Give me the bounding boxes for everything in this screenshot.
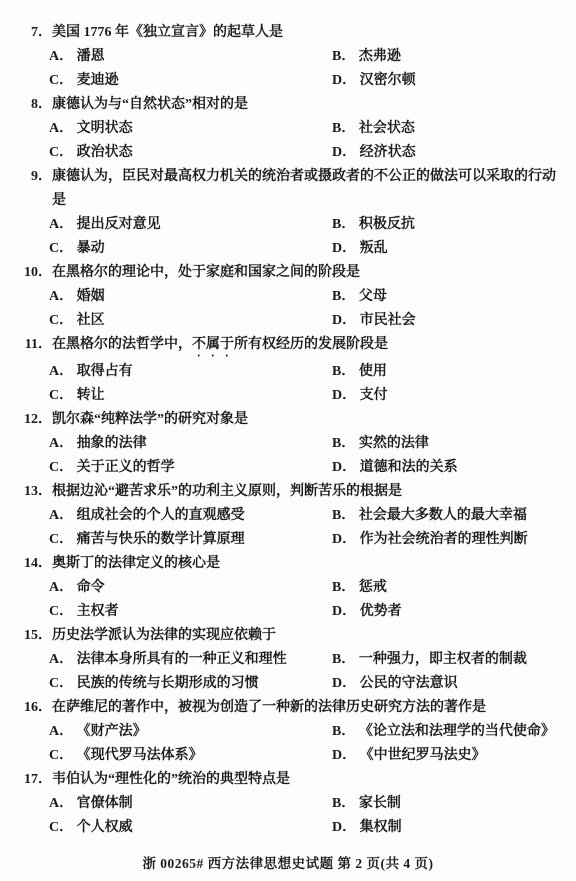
- answer-option: A． 取得占有: [49, 360, 332, 384]
- option-text: 优势者: [360, 604, 402, 619]
- question-number: 14．: [0, 552, 52, 576]
- answer-option: B． 使用: [332, 360, 576, 384]
- answer-option: B． 父母: [332, 285, 576, 309]
- option-label: C．: [49, 73, 73, 88]
- option-label: B．: [332, 436, 355, 451]
- question-stem: 凯尔森“纯粹法学”的研究对象是: [52, 408, 576, 432]
- answer-option: C． 主权者: [49, 600, 332, 624]
- option-text: 汉密尔顿: [360, 73, 416, 88]
- answer-option: D． 叛乱: [332, 237, 576, 261]
- question-number: 11．: [0, 333, 52, 360]
- option-text: 组成社会的个人的直观感受: [77, 508, 245, 523]
- option-text: 法律本身所具有的一种正义和理性: [77, 652, 287, 667]
- option-text: 家长制: [359, 796, 401, 811]
- answer-option: B． 惩戒: [332, 576, 576, 600]
- option-label: B．: [332, 289, 355, 304]
- option-label: D．: [332, 604, 356, 619]
- option-text: 抽象的法律: [77, 436, 147, 451]
- answer-option: D． 作为社会统治者的理性判断: [332, 528, 576, 552]
- question-stem: 在黑格尔的法哲学中，不属于所有权经历的发展阶段是: [52, 333, 576, 360]
- answer-option: D． 公民的守法意识: [332, 672, 576, 696]
- option-label: B．: [332, 724, 355, 739]
- options-grid: A． 潘恩 B． 杰弗逊 C． 麦迪逊 D． 汉密尔顿: [0, 45, 576, 93]
- option-text: 使用: [359, 364, 387, 379]
- option-label: D．: [332, 676, 356, 691]
- option-text: 文明状态: [77, 121, 133, 136]
- option-label: C．: [49, 676, 73, 691]
- answer-option: D． 市民社会: [332, 309, 576, 333]
- option-text: 一种强力，即主权者的制裁: [359, 652, 527, 667]
- options-grid: A． 抽象的法律 B． 实然的法律 C． 关于正义的哲学 D． 道德和法的关系: [0, 432, 576, 480]
- answer-option: B． 社会最大多数人的最大幸福: [332, 504, 576, 528]
- option-label: C．: [49, 748, 73, 763]
- question-stem-line: 9． 康德认为，臣民对最高权力机关的统治者或摄政者的不公正的做法可以采取的行动: [0, 165, 576, 189]
- question-item: 7． 美国 1776 年《独立宣言》的起草人是 A． 潘恩 B． 杰弗逊 C． …: [0, 21, 576, 93]
- question-number: 10．: [0, 261, 52, 285]
- page-footer: 浙 00265# 西方法律思想史试题 第 2 页(共 4 页): [0, 853, 576, 875]
- answer-option: A． 文明状态: [49, 117, 332, 141]
- answer-option: C． 社区: [49, 309, 332, 333]
- option-text: 社区: [77, 313, 105, 328]
- option-label: C．: [49, 145, 73, 160]
- option-label: D．: [332, 73, 356, 88]
- answer-option: B． 实然的法律: [332, 432, 576, 456]
- option-label: A．: [49, 364, 73, 379]
- question-item: 11． 在黑格尔的法哲学中，不属于所有权经历的发展阶段是 A． 取得占有 B． …: [0, 333, 576, 408]
- option-text: 取得占有: [77, 364, 133, 379]
- option-label: D．: [332, 532, 356, 547]
- option-text: 官僚体制: [77, 796, 133, 811]
- answer-option: C． 《现代罗马法体系》: [49, 744, 332, 768]
- answer-option: B． 杰弗逊: [332, 45, 576, 69]
- answer-option: D． 《中世纪罗马法史》: [332, 744, 576, 768]
- answer-option: C． 暴动: [49, 237, 332, 261]
- answer-option: A． 法律本身所具有的一种正义和理性: [49, 648, 332, 672]
- option-text: 政治状态: [77, 145, 133, 160]
- answer-option: D． 优势者: [332, 600, 576, 624]
- option-label: A．: [49, 580, 73, 595]
- option-label: A．: [49, 724, 73, 739]
- option-text: 积极反抗: [359, 217, 415, 232]
- question-number: 9．: [0, 165, 52, 189]
- question-item: 14． 奥斯丁的法律定义的核心是 A． 命令 B． 惩戒 C． 主权者 D． 优…: [0, 552, 576, 624]
- answer-option: A． 潘恩: [49, 45, 332, 69]
- answer-option: B． 积极反抗: [332, 213, 576, 237]
- answer-option: A． 《财产法》: [49, 720, 332, 744]
- option-label: A．: [49, 121, 73, 136]
- option-text: 叛乱: [360, 241, 388, 256]
- question-stem: 康德认为，臣民对最高权力机关的统治者或摄政者的不公正的做法可以采取的行动: [52, 165, 576, 189]
- options-grid: A． 《财产法》 B． 《论立法和法理学的当代使命》 C． 《现代罗马法体系》 …: [0, 720, 576, 768]
- option-label: B．: [332, 217, 355, 232]
- answer-option: C． 民族的传统与长期形成的习惯: [49, 672, 332, 696]
- option-text: 《中世纪罗马法史》: [360, 748, 486, 763]
- question-number: 13．: [0, 480, 52, 504]
- emphasized-text: 不属于: [192, 337, 234, 352]
- option-text: 主权者: [77, 604, 119, 619]
- answer-option: D． 道德和法的关系: [332, 456, 576, 480]
- option-text: 惩戒: [359, 580, 387, 595]
- option-label: A．: [49, 217, 73, 232]
- question-stem-continuation: 是: [0, 189, 576, 213]
- options-grid: A． 婚姻 B． 父母 C． 社区 D． 市民社会: [0, 285, 576, 333]
- option-label: A．: [49, 796, 73, 811]
- answer-option: D． 集权制: [332, 816, 576, 840]
- question-stem-line: 15． 历史法学派认为法律的实现应依赖于: [0, 624, 576, 648]
- option-label: C．: [49, 820, 73, 835]
- answer-option: B． 一种强力，即主权者的制裁: [332, 648, 576, 672]
- option-label: D．: [332, 313, 356, 328]
- option-label: C．: [49, 241, 73, 256]
- option-label: C．: [49, 532, 73, 547]
- answer-option: A． 提出反对意见: [49, 213, 332, 237]
- question-number: 7．: [0, 21, 52, 45]
- option-label: B．: [332, 580, 355, 595]
- option-label: B．: [332, 364, 355, 379]
- options-grid: A． 取得占有 B． 使用 C． 转让 D． 支付: [0, 360, 576, 408]
- option-label: D．: [332, 145, 356, 160]
- question-stem-line: 11． 在黑格尔的法哲学中，不属于所有权经历的发展阶段是: [0, 333, 576, 360]
- answer-option: D． 支付: [332, 384, 576, 408]
- option-text: 作为社会统治者的理性判断: [360, 532, 528, 547]
- option-label: C．: [49, 460, 73, 475]
- question-number: 16．: [0, 696, 52, 720]
- option-label: B．: [332, 508, 355, 523]
- option-text: 转让: [77, 388, 105, 403]
- question-stem: 根据边沁“避苦求乐”的功利主义原则，判断苦乐的根据是: [52, 480, 576, 504]
- question-list: 7． 美国 1776 年《独立宣言》的起草人是 A． 潘恩 B． 杰弗逊 C． …: [0, 21, 576, 840]
- answer-option: C． 政治状态: [49, 141, 332, 165]
- option-text: 麦迪逊: [77, 73, 119, 88]
- question-stem-line: 12． 凯尔森“纯粹法学”的研究对象是: [0, 408, 576, 432]
- option-label: D．: [332, 241, 356, 256]
- answer-option: C． 麦迪逊: [49, 69, 332, 93]
- option-text: 社会最大多数人的最大幸福: [359, 508, 527, 523]
- answer-option: B． 《论立法和法理学的当代使命》: [332, 720, 576, 744]
- option-label: D．: [332, 460, 356, 475]
- option-text: 道德和法的关系: [360, 460, 458, 475]
- option-text: 潘恩: [77, 49, 105, 64]
- question-item: 15． 历史法学派认为法律的实现应依赖于 A． 法律本身所具有的一种正义和理性 …: [0, 624, 576, 696]
- option-label: C．: [49, 604, 73, 619]
- option-label: D．: [332, 748, 356, 763]
- question-stem: 美国 1776 年《独立宣言》的起草人是: [52, 21, 576, 45]
- option-label: A．: [49, 508, 73, 523]
- answer-option: C． 痛苦与快乐的数学计算原理: [49, 528, 332, 552]
- stem-text: 所有权经历的发展阶段是: [234, 337, 388, 352]
- question-stem: 历史法学派认为法律的实现应依赖于: [52, 624, 576, 648]
- question-stem-line: 16． 在萨维尼的著作中，被视为创造了一种新的法律历史研究方法的著作是: [0, 696, 576, 720]
- question-item: 12． 凯尔森“纯粹法学”的研究对象是 A． 抽象的法律 B． 实然的法律 C．…: [0, 408, 576, 480]
- question-item: 17． 韦伯认为“理性化的”统治的典型特点是 A． 官僚体制 B． 家长制 C．…: [0, 768, 576, 840]
- option-text: 支付: [360, 388, 388, 403]
- question-number: 12．: [0, 408, 52, 432]
- option-text: 关于正义的哲学: [77, 460, 175, 475]
- options-grid: A． 命令 B． 惩戒 C． 主权者 D． 优势者: [0, 576, 576, 624]
- options-grid: A． 文明状态 B． 社会状态 C． 政治状态 D． 经济状态: [0, 117, 576, 165]
- answer-option: D． 汉密尔顿: [332, 69, 576, 93]
- option-label: D．: [332, 820, 356, 835]
- answer-option: B． 社会状态: [332, 117, 576, 141]
- question-item: 9． 康德认为，臣民对最高权力机关的统治者或摄政者的不公正的做法可以采取的行动 …: [0, 165, 576, 261]
- option-text: 社会状态: [359, 121, 415, 136]
- exam-page: 7． 美国 1776 年《独立宣言》的起草人是 A． 潘恩 B． 杰弗逊 C． …: [0, 0, 576, 881]
- option-text: 集权制: [360, 820, 402, 835]
- option-text: 父母: [359, 289, 387, 304]
- answer-option: D． 经济状态: [332, 141, 576, 165]
- question-stem-line: 14． 奥斯丁的法律定义的核心是: [0, 552, 576, 576]
- option-text: 经济状态: [360, 145, 416, 160]
- question-stem-line: 17． 韦伯认为“理性化的”统治的典型特点是: [0, 768, 576, 792]
- options-grid: A． 提出反对意见 B． 积极反抗 C． 暴动 D． 叛乱: [0, 213, 576, 261]
- option-label: B．: [332, 121, 355, 136]
- stem-text: 在黑格尔的法哲学中，: [52, 337, 192, 352]
- option-label: A．: [49, 652, 73, 667]
- answer-option: A． 婚姻: [49, 285, 332, 309]
- question-item: 13． 根据边沁“避苦求乐”的功利主义原则，判断苦乐的根据是 A． 组成社会的个…: [0, 480, 576, 552]
- question-stem-line: 13． 根据边沁“避苦求乐”的功利主义原则，判断苦乐的根据是: [0, 480, 576, 504]
- option-text: 民族的传统与长期形成的习惯: [77, 676, 259, 691]
- option-text: 公民的守法意识: [360, 676, 458, 691]
- answer-option: B． 家长制: [332, 792, 576, 816]
- question-number: 15．: [0, 624, 52, 648]
- option-text: 暴动: [77, 241, 105, 256]
- option-text: 《论立法和法理学的当代使命》: [359, 724, 555, 739]
- options-grid: A． 组成社会的个人的直观感受 B． 社会最大多数人的最大幸福 C． 痛苦与快乐…: [0, 504, 576, 552]
- option-text: 痛苦与快乐的数学计算原理: [77, 532, 245, 547]
- question-stem-line: 10． 在黑格尔的理论中，处于家庭和国家之间的阶段是: [0, 261, 576, 285]
- option-label: A．: [49, 289, 73, 304]
- answer-option: A． 抽象的法律: [49, 432, 332, 456]
- option-label: C．: [49, 388, 73, 403]
- question-stem-line: 7． 美国 1776 年《独立宣言》的起草人是: [0, 21, 576, 45]
- option-text: 《现代罗马法体系》: [77, 748, 203, 763]
- option-label: C．: [49, 313, 73, 328]
- answer-option: A． 命令: [49, 576, 332, 600]
- option-label: A．: [49, 436, 73, 451]
- question-stem: 在黑格尔的理论中，处于家庭和国家之间的阶段是: [52, 261, 576, 285]
- option-text: 实然的法律: [359, 436, 429, 451]
- option-label: B．: [332, 796, 355, 811]
- options-grid: A． 法律本身所具有的一种正义和理性 B． 一种强力，即主权者的制裁 C． 民族…: [0, 648, 576, 696]
- question-number: 8．: [0, 93, 52, 117]
- option-label: B．: [332, 49, 355, 64]
- option-text: 市民社会: [360, 313, 416, 328]
- option-label: B．: [332, 652, 355, 667]
- answer-option: C． 个人权威: [49, 816, 332, 840]
- option-text: 命令: [77, 580, 105, 595]
- question-stem: 在萨维尼的著作中，被视为创造了一种新的法律历史研究方法的著作是: [52, 696, 576, 720]
- question-stem: 韦伯认为“理性化的”统治的典型特点是: [52, 768, 576, 792]
- option-text: 个人权威: [77, 820, 133, 835]
- option-text: 杰弗逊: [359, 49, 401, 64]
- option-text: 婚姻: [77, 289, 105, 304]
- option-text: 提出反对意见: [77, 217, 161, 232]
- answer-option: A． 官僚体制: [49, 792, 332, 816]
- question-stem: 康德认为与“自然状态”相对的是: [52, 93, 576, 117]
- option-label: D．: [332, 388, 356, 403]
- question-stem-line: 8． 康德认为与“自然状态”相对的是: [0, 93, 576, 117]
- question-stem: 奥斯丁的法律定义的核心是: [52, 552, 576, 576]
- question-item: 8． 康德认为与“自然状态”相对的是 A． 文明状态 B． 社会状态 C． 政治…: [0, 93, 576, 165]
- answer-option: C． 转让: [49, 384, 332, 408]
- answer-option: A． 组成社会的个人的直观感受: [49, 504, 332, 528]
- option-text: 《财产法》: [77, 724, 147, 739]
- question-number: 17．: [0, 768, 52, 792]
- option-label: A．: [49, 49, 73, 64]
- answer-option: C． 关于正义的哲学: [49, 456, 332, 480]
- question-item: 10． 在黑格尔的理论中，处于家庭和国家之间的阶段是 A． 婚姻 B． 父母 C…: [0, 261, 576, 333]
- question-item: 16． 在萨维尼的著作中，被视为创造了一种新的法律历史研究方法的著作是 A． 《…: [0, 696, 576, 768]
- options-grid: A． 官僚体制 B． 家长制 C． 个人权威 D． 集权制: [0, 792, 576, 840]
